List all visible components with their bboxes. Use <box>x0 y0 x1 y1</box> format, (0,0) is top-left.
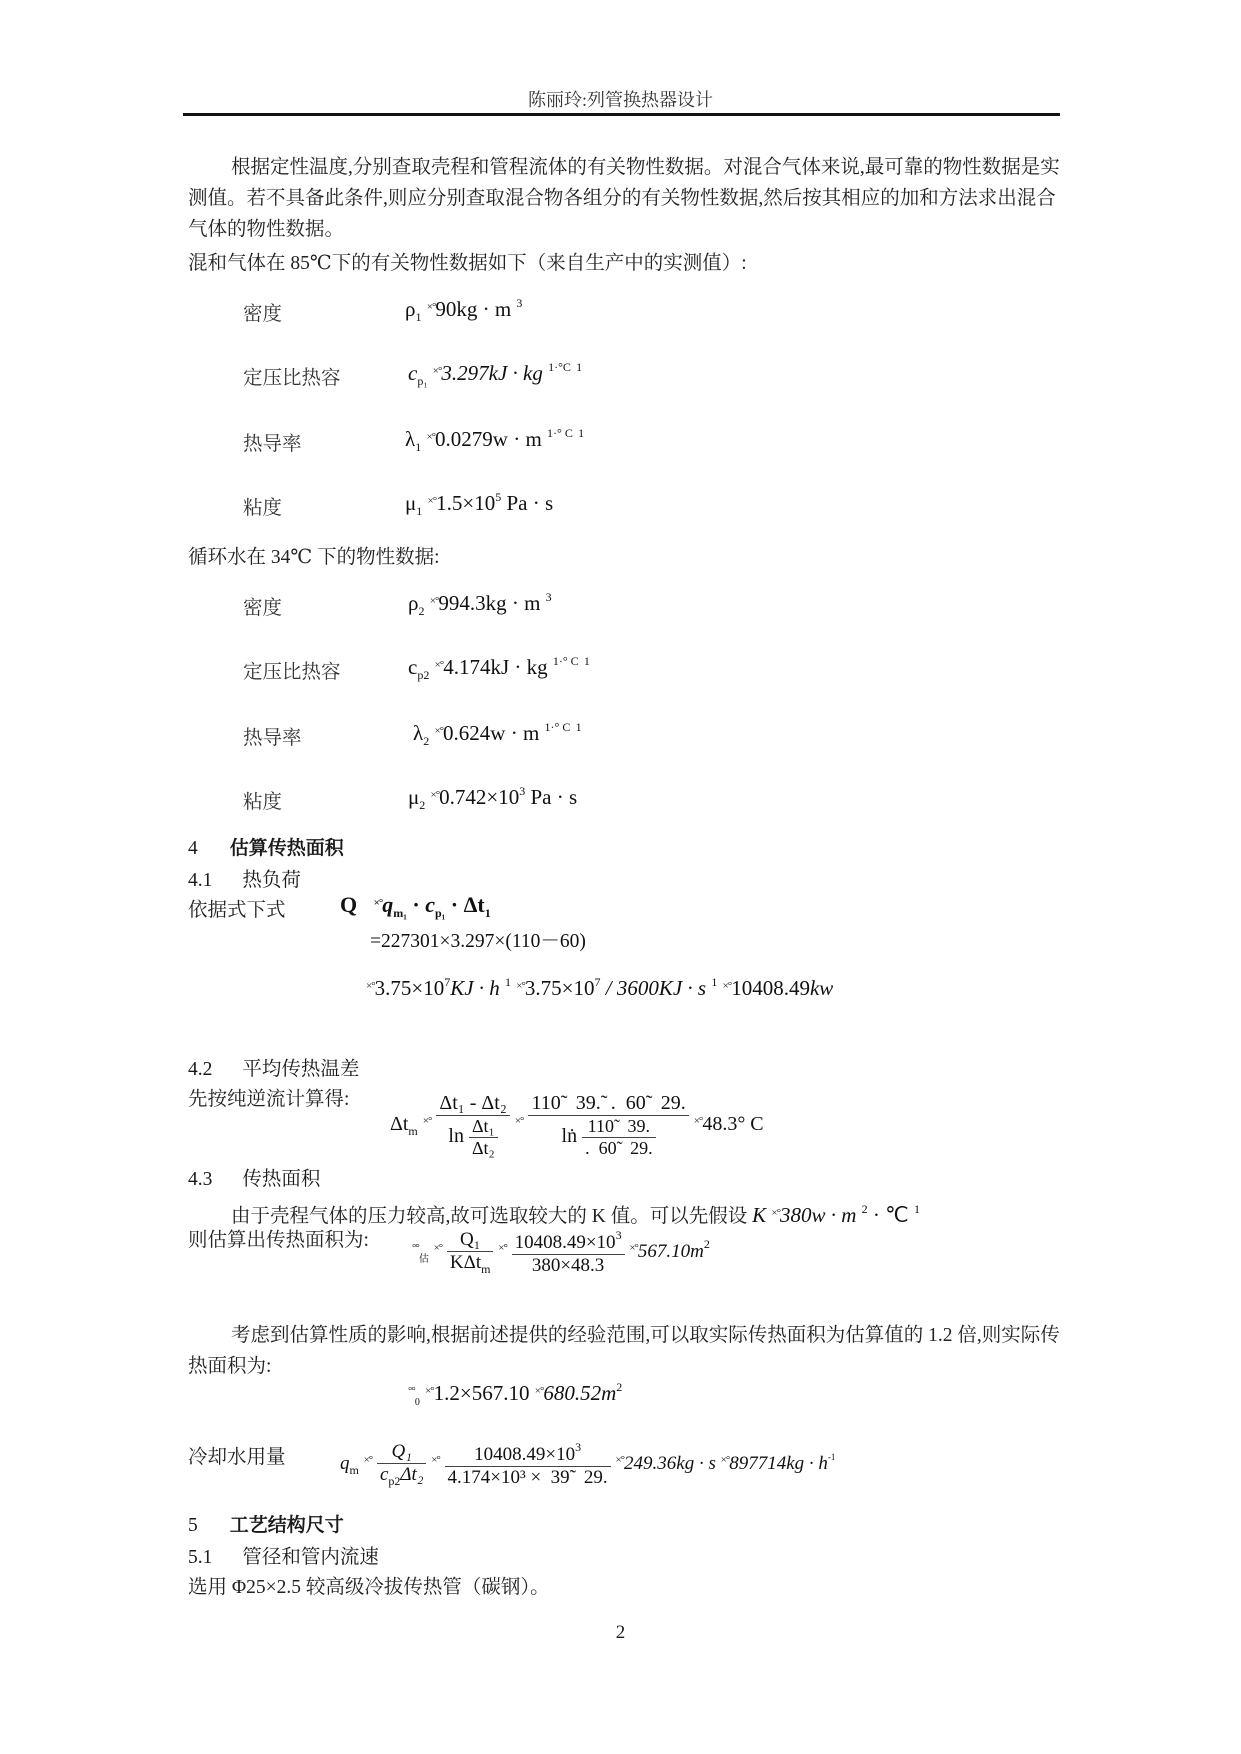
water-cp-label: 定压比热容 <box>243 656 341 684</box>
water-viscosity-label: 粘度 <box>243 786 282 814</box>
tube-selection-text: 选用 Φ25×2.5 较高级冷拔传热管（碳钢）。 <box>188 1572 550 1603</box>
actual-area-equation: °°0 ×°1.2×567.10 ×°680.52m2 <box>408 1380 622 1408</box>
section-5-heading: 5工艺结构尺寸 <box>188 1510 344 1537</box>
gas-density-label: 密度 <box>243 298 282 326</box>
section-5-1-heading: 5.1管径和管内流速 <box>188 1541 379 1569</box>
section-4-heading: 4估算传热面积 <box>188 833 344 860</box>
water-density-formula: ρ2 ×°994.3kg · m 3 <box>408 590 552 619</box>
heat-load-lead: 依据式下式 <box>188 895 286 926</box>
heat-load-equation: Q ×°qm₁ · cp₁ · Δt1 <box>340 892 491 921</box>
water-cp-formula: cp2 ×°4.174kJ · kg 1·° C 1 <box>408 654 590 683</box>
water-density-label: 密度 <box>243 592 282 620</box>
water-conductivity-label: 热导率 <box>243 722 302 750</box>
section-4-3-heading: 4.3传热面积 <box>188 1163 320 1191</box>
section-4-1-heading: 4.1热负荷 <box>188 864 301 892</box>
gas-conductivity-label: 热导率 <box>243 428 302 456</box>
gas-caption: 混和气体在 85℃下的有关物性数据如下（来自生产中的实测值）: <box>188 248 747 279</box>
water-conductivity-formula: λ2 ×°0.624w · m 1·° C 1 <box>413 720 582 749</box>
header-rule <box>183 113 1060 116</box>
water-viscosity-formula: μ2 ×°0.742×103 Pa · s <box>408 784 577 813</box>
running-header: 陈丽玲:列管换热器设计 <box>0 86 1241 112</box>
actual-area-paragraph: 考虑到估算性质的影响,根据前述提供的经验范围,可以取实际传热面积为估算值的 1.… <box>188 1320 1060 1382</box>
estimated-area-equation: °°估 ×° Q₁KΔtm ×° 10408.49×103380×48.3 ×°… <box>412 1228 710 1277</box>
gas-cp-label: 定压比热容 <box>243 362 341 390</box>
estimated-area-lead: 则估算出传热面积为: <box>188 1225 369 1256</box>
section-4-2-heading: 4.2平均传热温差 <box>188 1053 359 1081</box>
gas-conductivity-formula: λ1 ×°0.0279w · m 1·° C 1 <box>405 426 584 455</box>
lmtd-lead: 先按纯逆流计算得: <box>188 1084 349 1115</box>
gas-cp-formula: cp₁ ×°3.297kJ · kg 1·°C 1 <box>408 360 582 389</box>
heat-load-result: ×°3.75×107KJ · h 1 ×°3.75×107 / 3600KJ ·… <box>366 975 833 1001</box>
page-number: 2 <box>0 1622 1241 1644</box>
intro-paragraph: 根据定性温度,分别查取壳程和管程流体的有关物性数据。对混合气体来说,最可靠的物性… <box>188 152 1060 245</box>
gas-viscosity-label: 粘度 <box>243 492 282 520</box>
cooling-water-label: 冷却水用量 <box>188 1442 286 1473</box>
water-caption: 循环水在 34℃ 下的物性数据: <box>188 542 439 573</box>
gas-density-formula: ρ1 ×°90kg · m 3 <box>405 296 522 325</box>
heat-load-substitution: =227301×3.297×(110－60) <box>370 925 586 953</box>
lmtd-equation: Δtm ×° Δt₁ - Δt₂ ln Δt₁Δt₂ ×° 110̃ 39.̃ … <box>390 1092 764 1159</box>
cooling-water-equation: qm ×° Q₁cp2Δt₂ ×° 10408.49×1034.174×10³ … <box>340 1440 835 1489</box>
gas-viscosity-formula: μ1 ×°1.5×105 Pa · s <box>405 490 553 519</box>
